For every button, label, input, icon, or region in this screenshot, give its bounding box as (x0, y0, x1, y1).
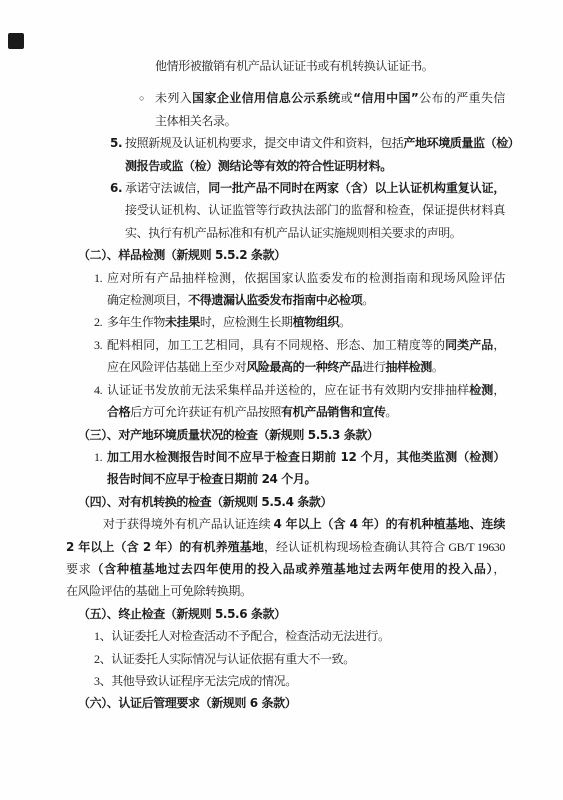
text-segment: 配料相同，加工工艺相同，具有不同规格、形态、加工精度等的 (107, 338, 445, 352)
document-page: 他情形被撤销有机产品认证证书或有机转换认证证书。○未列入国家企业信用信息公示系统… (0, 0, 563, 800)
text-segment: 要求 (66, 562, 92, 576)
text-segment: 公布的严重失信 (418, 91, 505, 105)
document-body: 他情形被撤销有机产品认证证书或有机转换认证证书。○未列入国家企业信用信息公示系统… (0, 55, 563, 715)
text-segment: 或 (341, 91, 353, 105)
list-number: 1. (94, 446, 102, 468)
text-segment: 。 (339, 315, 351, 329)
section-heading: （三）、对产地环境质量状况的检查（新规则 5.5.3 条款） (0, 424, 563, 446)
text-segment: 在风险评估的基础上可免除转换期。 (66, 584, 252, 598)
text-line: 报告时间不应早于检查日期前 24 个月。 (0, 468, 563, 490)
text-line: 合格后方可允许获证有机产品按照有机产品销售和宣传。 (0, 401, 563, 423)
text-segment: 2、认证委托人实际情况与认证依据有重大不一致。 (94, 652, 355, 666)
text-segment: 应在风险评估基础上至少对 (107, 360, 246, 374)
section-heading: （四）、对有机转换的检查（新规则 5.5.4 条款） (0, 491, 563, 513)
text-segment: （二）、样品检测（新规则 5.5.2 条款） (78, 248, 286, 262)
text-segment: 加工用水检测报告时间不应早于检查日期前 12 个月，其他类监测（检测） (107, 450, 505, 464)
text-line: 测报告或监（检）测结论等有效的符合性证明材料。 (0, 155, 563, 177)
text-line: 1、认证委托人对检查活动不予配合，检查活动无法进行。 (0, 625, 563, 647)
text-segment: 按照新规及认证机构要求，提交申请文件和资料，包括 (125, 136, 403, 150)
text-segment: 1、认证委托人对检查活动不予配合，检查活动无法进行。 (94, 629, 390, 643)
text-segment: 。 (362, 293, 374, 307)
text-segment: 后方可允许获证有机产品按照 (130, 405, 281, 419)
text-segment: 时，应检测生长期 (200, 315, 293, 329)
text-segment: 不得遗漏认监委发布指南中必检项 (188, 293, 362, 307)
text-line: 3、其他导致认证程序无法完成的情况。 (0, 670, 563, 692)
text-line: 1.应对所有产品抽样检测，依据国家认监委发布的检测指南和现场风险评估 (0, 267, 505, 289)
text-segment: 未挂果 (165, 315, 200, 329)
text-segment: 接受认证机构、认证监管等行政执法部门的监督和检查，保证提供材料真 (125, 203, 505, 217)
text-segment: 产地环境质量监（检） (403, 136, 519, 150)
list-number: 6. (110, 177, 122, 199)
section-heading: （五）、终止检查（新规则 5.5.6 条款） (0, 603, 563, 625)
text-segment: 有机产品销售和宣传 (281, 405, 385, 419)
text-line: 3.配料相同，加工工艺相同，具有不同规格、形态、加工精度等的同类产品， (0, 334, 505, 356)
text-segment: 主体相关名录。 (155, 114, 236, 128)
text-line: 主体相关名录。 (0, 110, 563, 132)
text-line: 接受认证机构、认证监管等行政执法部门的监督和检查，保证提供材料真 (0, 199, 505, 221)
text-line: ○未列入国家企业信用信息公示系统或“信用中国”公布的严重失信 (0, 87, 505, 109)
text-segment: “信用中国” (353, 91, 418, 105)
text-line: 确定检测项目，不得遗漏认监委发布指南中必检项。 (0, 289, 563, 311)
text-segment: 报告时间不应早于检查日期前 24 个月。 (107, 472, 316, 486)
text-segment: 。 (385, 405, 397, 419)
text-line: 5.按照新规及认证机构要求，提交申请文件和资料，包括产地环境质量监（检） (0, 132, 505, 154)
text-segment: 抽样检测 (385, 360, 431, 374)
text-segment: ， (493, 383, 505, 397)
text-line: 2.多年生作物未挂果时，应检测生长期植物组织。 (0, 311, 563, 333)
text-line: 他情形被撤销有机产品认证证书或有机转换认证证书。 (0, 55, 563, 77)
circle-bullet-icon: ○ (139, 87, 144, 109)
text-line: 6.承诺守法诚信，同一批产品不同时在两家（含）以上认证机构重复认证， (0, 177, 505, 199)
text-segment: 对于获得境外有机产品认证连续 (103, 517, 274, 531)
text-line: 2 年以上（含 2 年）的有机养殖基地，经认证机构现场检查确认其符合 GB/T … (0, 536, 505, 558)
text-segment: 承诺守法诚信， (125, 181, 208, 195)
text-segment: 未列入 (155, 91, 192, 105)
text-segment: 4 年以上（含 4 年）的有机种植基地、连续 (274, 517, 505, 531)
text-segment: ， (493, 562, 505, 576)
text-line: 在风险评估的基础上可免除转换期。 (0, 580, 563, 602)
text-segment: （四）、对有机转换的检查（新规则 5.5.4 条款） (78, 495, 332, 509)
text-segment: 多年生作物 (107, 315, 165, 329)
text-segment: 植物组织 (293, 315, 339, 329)
text-segment: 应对所有产品抽样检测，依据国家认监委发布的检测指南和现场风险评估 (107, 271, 505, 285)
list-number: 2. (94, 311, 102, 333)
text-segment: ，经认证机构现场检查确认其符合 GB/T 19630 (264, 540, 505, 554)
text-segment: 确定检测项目， (107, 293, 188, 307)
text-line: 要求（含种植基地过去四年使用的投入品或养殖基地过去两年使用的投入品）， (0, 558, 505, 580)
text-line: 1.加工用水检测报告时间不应早于检查日期前 12 个月，其他类监测（检测） (0, 446, 505, 468)
text-segment: 测报告或监（检）测结论等有效的符合性证明材料。 (125, 159, 392, 173)
text-segment: 同一批产品不同时在两家（含）以上认证机构重复认证， (208, 181, 505, 195)
text-line: 应在风险评估基础上至少对风险最高的一种终产品进行抽样检测。 (0, 356, 563, 378)
text-segment: （含种植基地过去四年使用的投入品或养殖基地过去两年使用的投入品） (92, 562, 494, 576)
text-segment: 进行 (362, 360, 385, 374)
text-segment: 合格 (107, 405, 130, 419)
text-segment: （五）、终止检查（新规则 5.5.6 条款） (78, 607, 286, 621)
text-segment: 国家企业信用信息公示系统 (192, 91, 341, 105)
text-segment: 他情形被撤销有机产品认证证书或有机转换认证证书。 (155, 59, 433, 73)
text-segment: 风险最高的一种终产品 (246, 360, 362, 374)
list-number: 3. (94, 334, 102, 356)
list-number: 5. (110, 132, 122, 154)
text-segment: （三）、对产地环境质量状况的检查（新规则 5.5.3 条款） (78, 428, 379, 442)
text-line: 4.认证证书发放前无法采集样品并送检的，应在证书有效期内安排抽样检测， (0, 379, 505, 401)
text-segment: 检测 (469, 383, 493, 397)
text-segment: （六）、认证后管理要求（新规则 6 条款） (78, 696, 296, 710)
text-line: 对于获得境外有机产品认证连续 4 年以上（含 4 年）的有机种植基地、连续 (0, 513, 505, 535)
text-segment: 3、其他导致认证程序无法完成的情况。 (94, 674, 297, 688)
scan-corner-mark (8, 33, 24, 49)
text-segment: ， (493, 338, 505, 352)
section-heading: （二）、样品检测（新规则 5.5.2 条款） (0, 244, 563, 266)
text-line: 2、认证委托人实际情况与认证依据有重大不一致。 (0, 648, 563, 670)
text-segment: 认证证书发放前无法采集样品并送检的，应在证书有效期内安排抽样 (107, 383, 469, 397)
section-heading: （六）、认证后管理要求（新规则 6 条款） (0, 692, 563, 714)
list-number: 4. (94, 379, 102, 401)
list-number: 1. (94, 267, 102, 289)
text-segment: 同类产品 (445, 338, 493, 352)
text-segment: 。 (432, 360, 444, 374)
text-segment: 2 年以上（含 2 年）的有机养殖基地 (66, 540, 264, 554)
text-segment: 实、执行有机产品标准和有机产品认证实施规则相关要求的声明。 (125, 226, 461, 240)
text-line: 实、执行有机产品标准和有机产品认证实施规则相关要求的声明。 (0, 222, 563, 244)
